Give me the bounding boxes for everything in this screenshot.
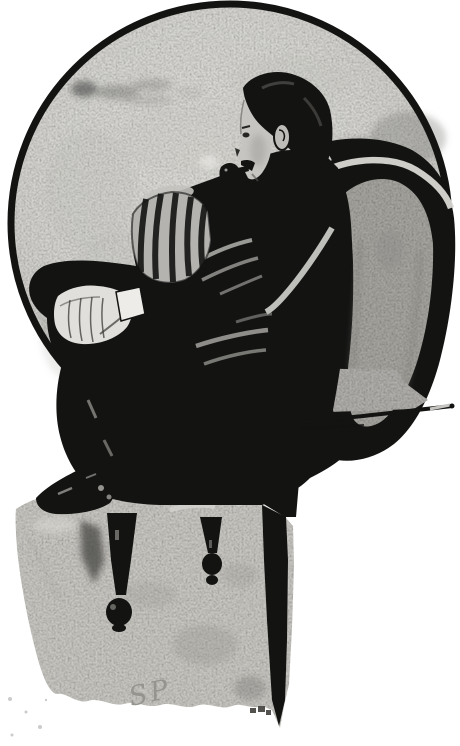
illustration-canvas: SP (0, 0, 460, 746)
cheek-shadow (250, 134, 266, 166)
eye (243, 133, 250, 138)
leg-knob-highlight (110, 604, 116, 610)
engraving-illustration: Black-and-white engraving: a man seen in… (0, 0, 460, 746)
leg-highlight-fleck (115, 530, 119, 540)
pipe-bowl-glint (225, 169, 228, 172)
leg-highlight-fleck (209, 540, 212, 548)
stick-tip (450, 404, 455, 409)
heel-fleck (107, 495, 112, 500)
shirt-cuff (116, 287, 145, 321)
pipe-smoke-puff (199, 155, 219, 169)
ear (274, 124, 290, 150)
heel-fleck (98, 485, 104, 491)
